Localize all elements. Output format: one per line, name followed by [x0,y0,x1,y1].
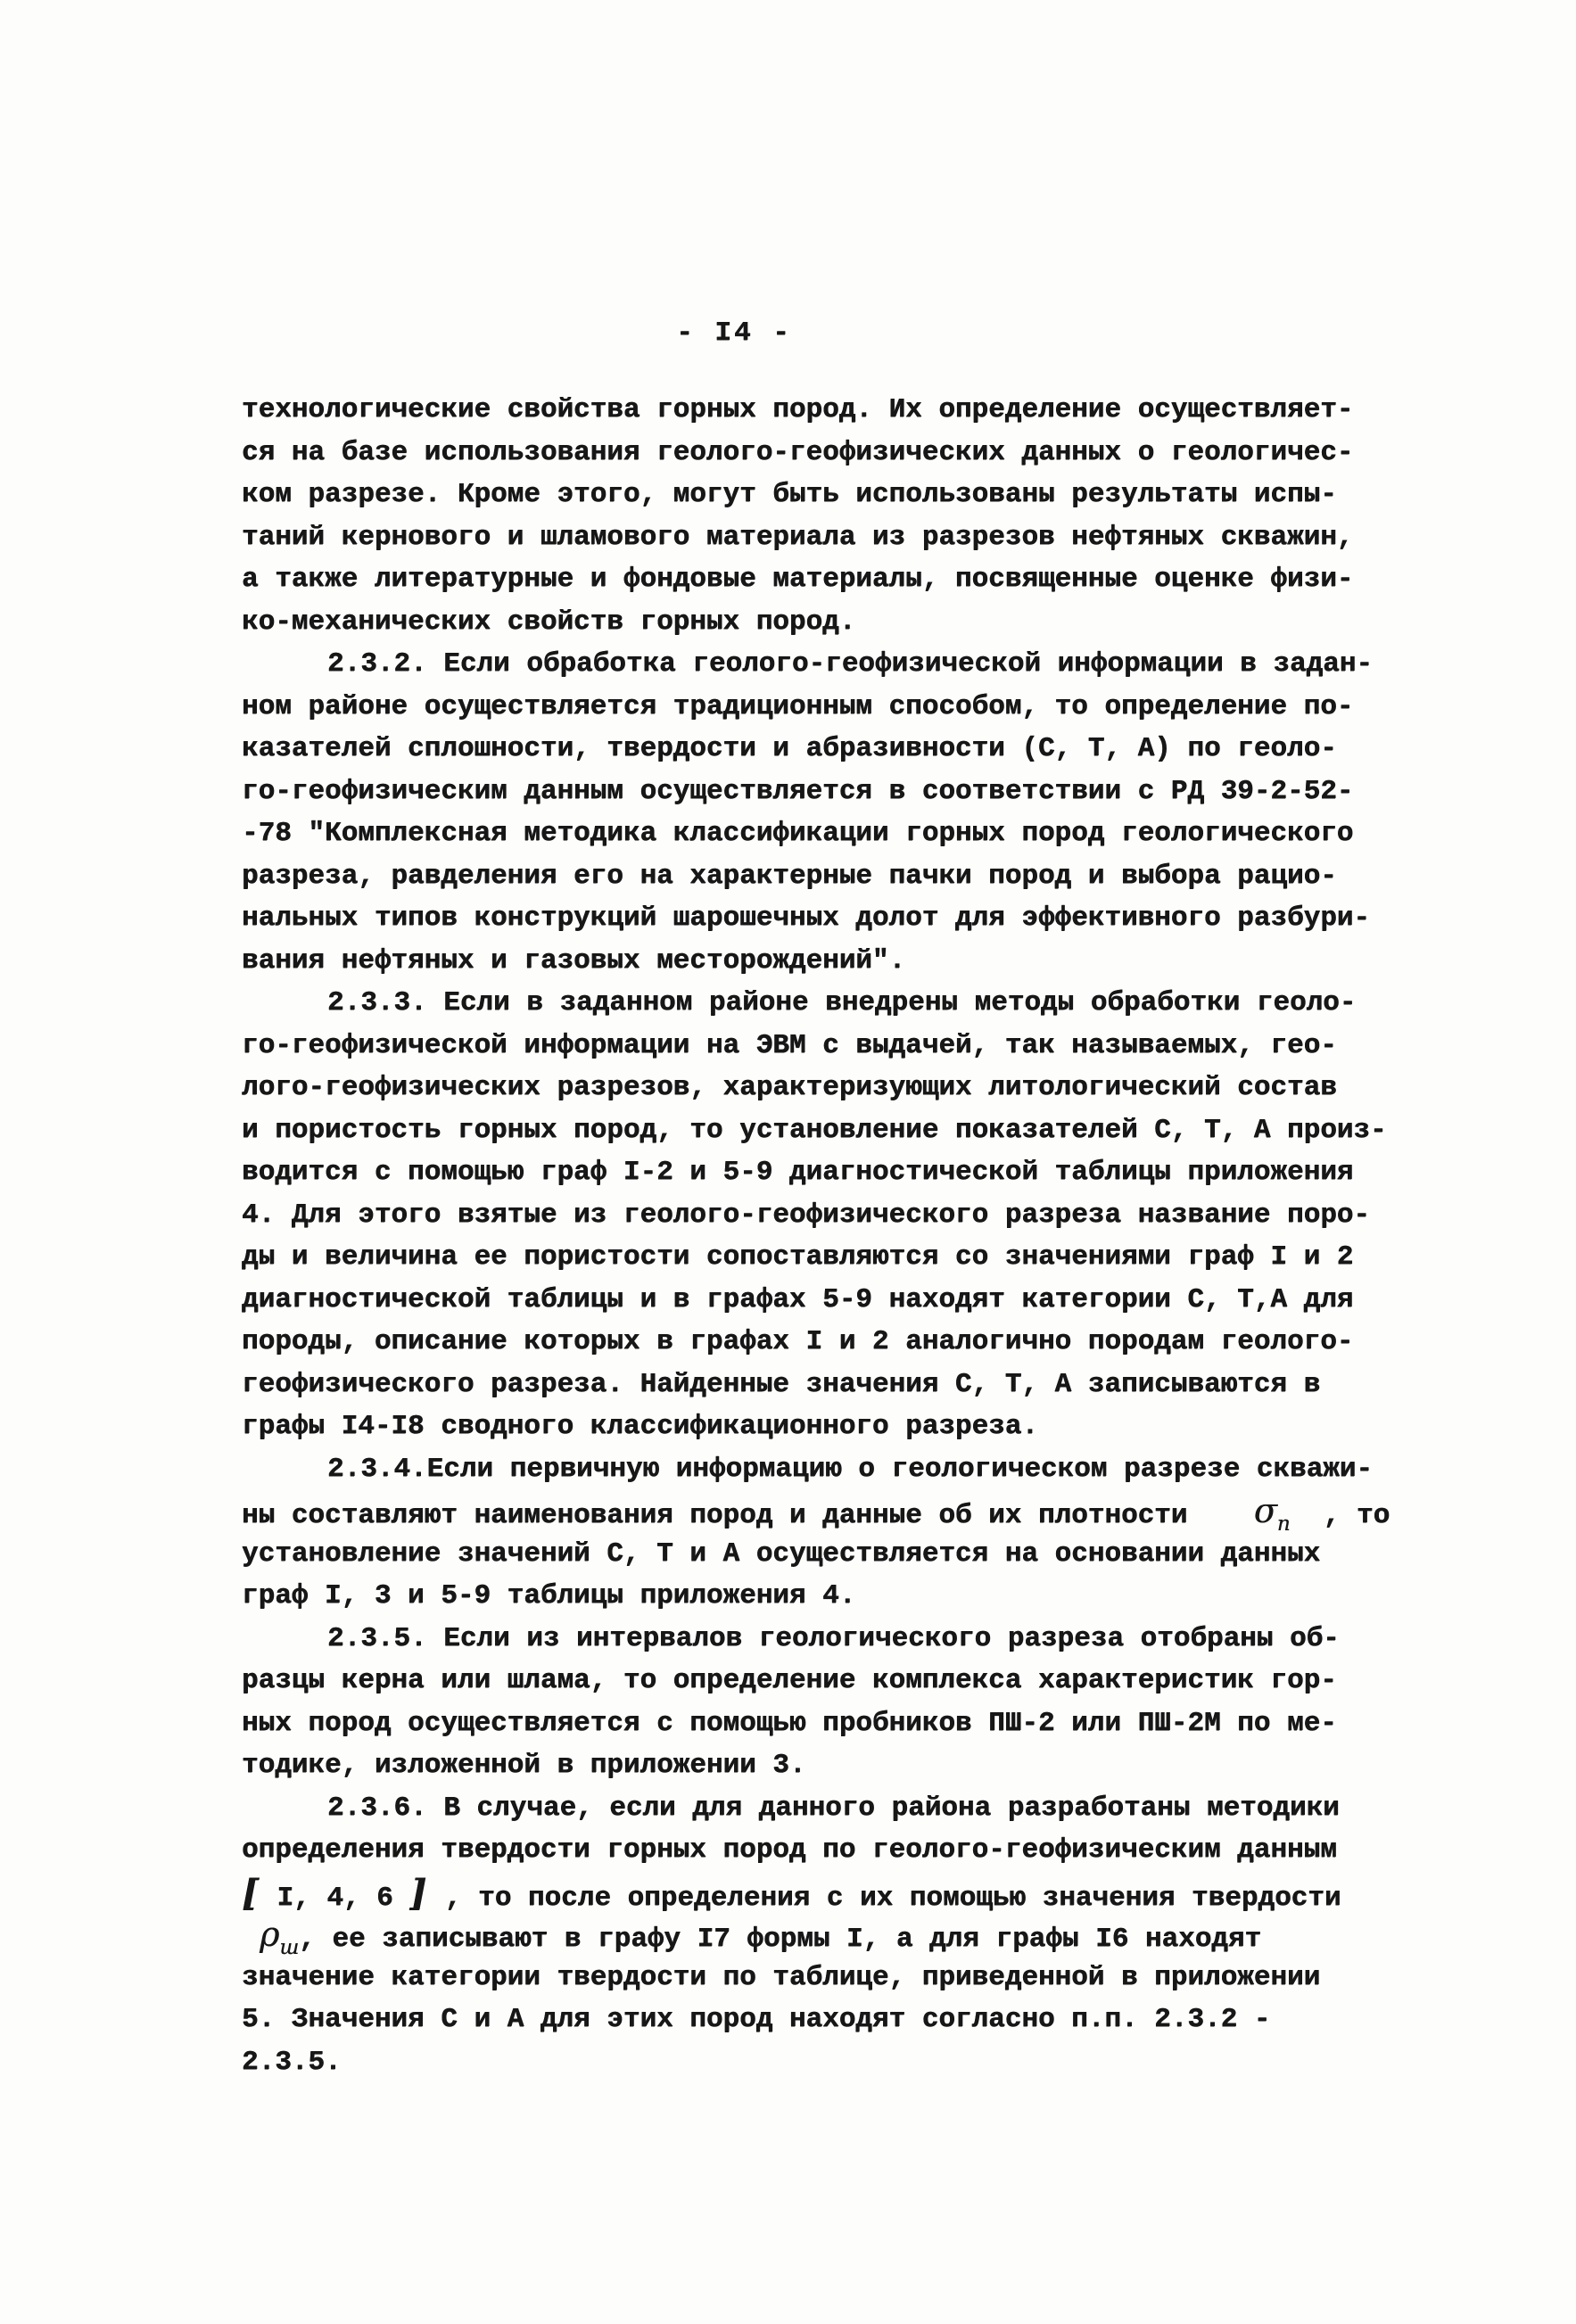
text-line: тодике, изложенной в приложении 3. [242,1744,1390,1787]
line-text: ны составляют наименования пород и данны… [242,1500,1254,1531]
text-line: технологические свойства горных пород. И… [242,389,1390,432]
text-line: го-геофизическим данным осуществляется в… [242,771,1390,813]
text-line: -78 "Комплексная методика классификации … [242,812,1390,855]
text-line: 4. Для этого взятые из геолого-геофизиче… [242,1194,1390,1237]
text-line: граф I, 3 и 5-9 таблицы приложения 4. [242,1575,1390,1618]
text-line: ном районе осуществляется традиционным с… [242,686,1390,729]
citation-line: [ I, 4, 6 ] , то после определения с их … [242,1872,1390,1915]
citation-bracket-open: [ [242,1872,260,1914]
text-line: 5. Значения С и А для этих пород находят… [242,1998,1390,2041]
text-line: водится с помощью граф I-2 и 5-9 диагнос… [242,1151,1390,1194]
density-formula-line: ны составляют наименования пород и данны… [242,1490,1390,1533]
text-line: нальных типов конструкций шарошечных дол… [242,897,1390,940]
clause-2-3-5-line: 2.3.5. Если из интервалов геологического… [242,1618,1390,1661]
text-line: лого-геофизических разрезов, характеризу… [242,1067,1390,1109]
text-line: значение категории твердости по таблице,… [242,1957,1390,1999]
text-line: ко-механических свойств горных пород. [242,601,1390,644]
text-line: ных пород осуществляется с помощью пробн… [242,1702,1390,1745]
clause-2-3-4-line: 2.3.4.Если первичную информацию о геолог… [242,1448,1390,1491]
text-line: ком разрезе. Кроме этого, могут быть исп… [242,474,1390,516]
text-line: геофизического разреза. Найденные значен… [242,1364,1390,1406]
text-line: разреза, равделения его на характерные п… [242,855,1390,898]
text-line: породы, описание которых в графах I и 2 … [242,1321,1390,1364]
line-text: , ее записывают в графу I7 формы I, а дл… [299,1924,1261,1955]
text-line: а также литературные и фондовые материал… [242,558,1390,601]
text-line: вания нефтяных и газовых месторождений". [242,940,1390,983]
line-text: , то после определения с их помощью знач… [428,1883,1341,1914]
text-line: ды и величина ее пористости сопоставляют… [242,1236,1390,1279]
hardness-symbol: ρш [260,1915,299,1954]
density-symbol: σп [1254,1491,1291,1530]
citation-refs: I, 4, 6 [260,1883,409,1914]
text-line: установление значений С, Т и А осуществл… [242,1533,1390,1576]
document-body: технологические свойства горных пород. И… [242,389,1390,2083]
text-line: определения твердости горных пород по ге… [242,1829,1390,1872]
text-line: графы I4-I8 сводного классификационного … [242,1405,1390,1448]
text-line: ся на базе использования геолого-геофизи… [242,432,1390,474]
text-line: 2.3.5. [242,2041,1390,2084]
text-line: го-геофизической информации на ЭВМ с выд… [242,1025,1390,1067]
scanned-document-page: { "page": { "number": "- I4 -" }, "color… [0,0,1576,2324]
text-line: таний кернового и шламового материала из… [242,516,1390,559]
clause-2-3-2-line: 2.3.2. Если обработка геолого-геофизичес… [242,643,1390,686]
text-line: и пористость горных пород, то установлен… [242,1109,1390,1152]
text-line: казателей сплошности, твердости и абрази… [242,728,1390,771]
text-line: разцы керна или шлама, то определение ко… [242,1660,1390,1702]
hardness-formula-line: ρш, ее записывают в графу I7 формы I, а … [242,1914,1390,1957]
page-number: - I4 - [0,317,1468,349]
clause-2-3-6-line: 2.3.6. В случае, если для данного района… [242,1787,1390,1830]
paper-sheet: - I4 - технологические свойства горных п… [0,0,1576,2324]
citation-bracket-close: ] [409,1872,428,1914]
text-line: диагностической таблицы и в графах 5-9 н… [242,1279,1390,1322]
clause-2-3-3-line: 2.3.3. Если в заданном районе внедрены м… [242,982,1390,1025]
line-text: , то [1291,1500,1390,1531]
